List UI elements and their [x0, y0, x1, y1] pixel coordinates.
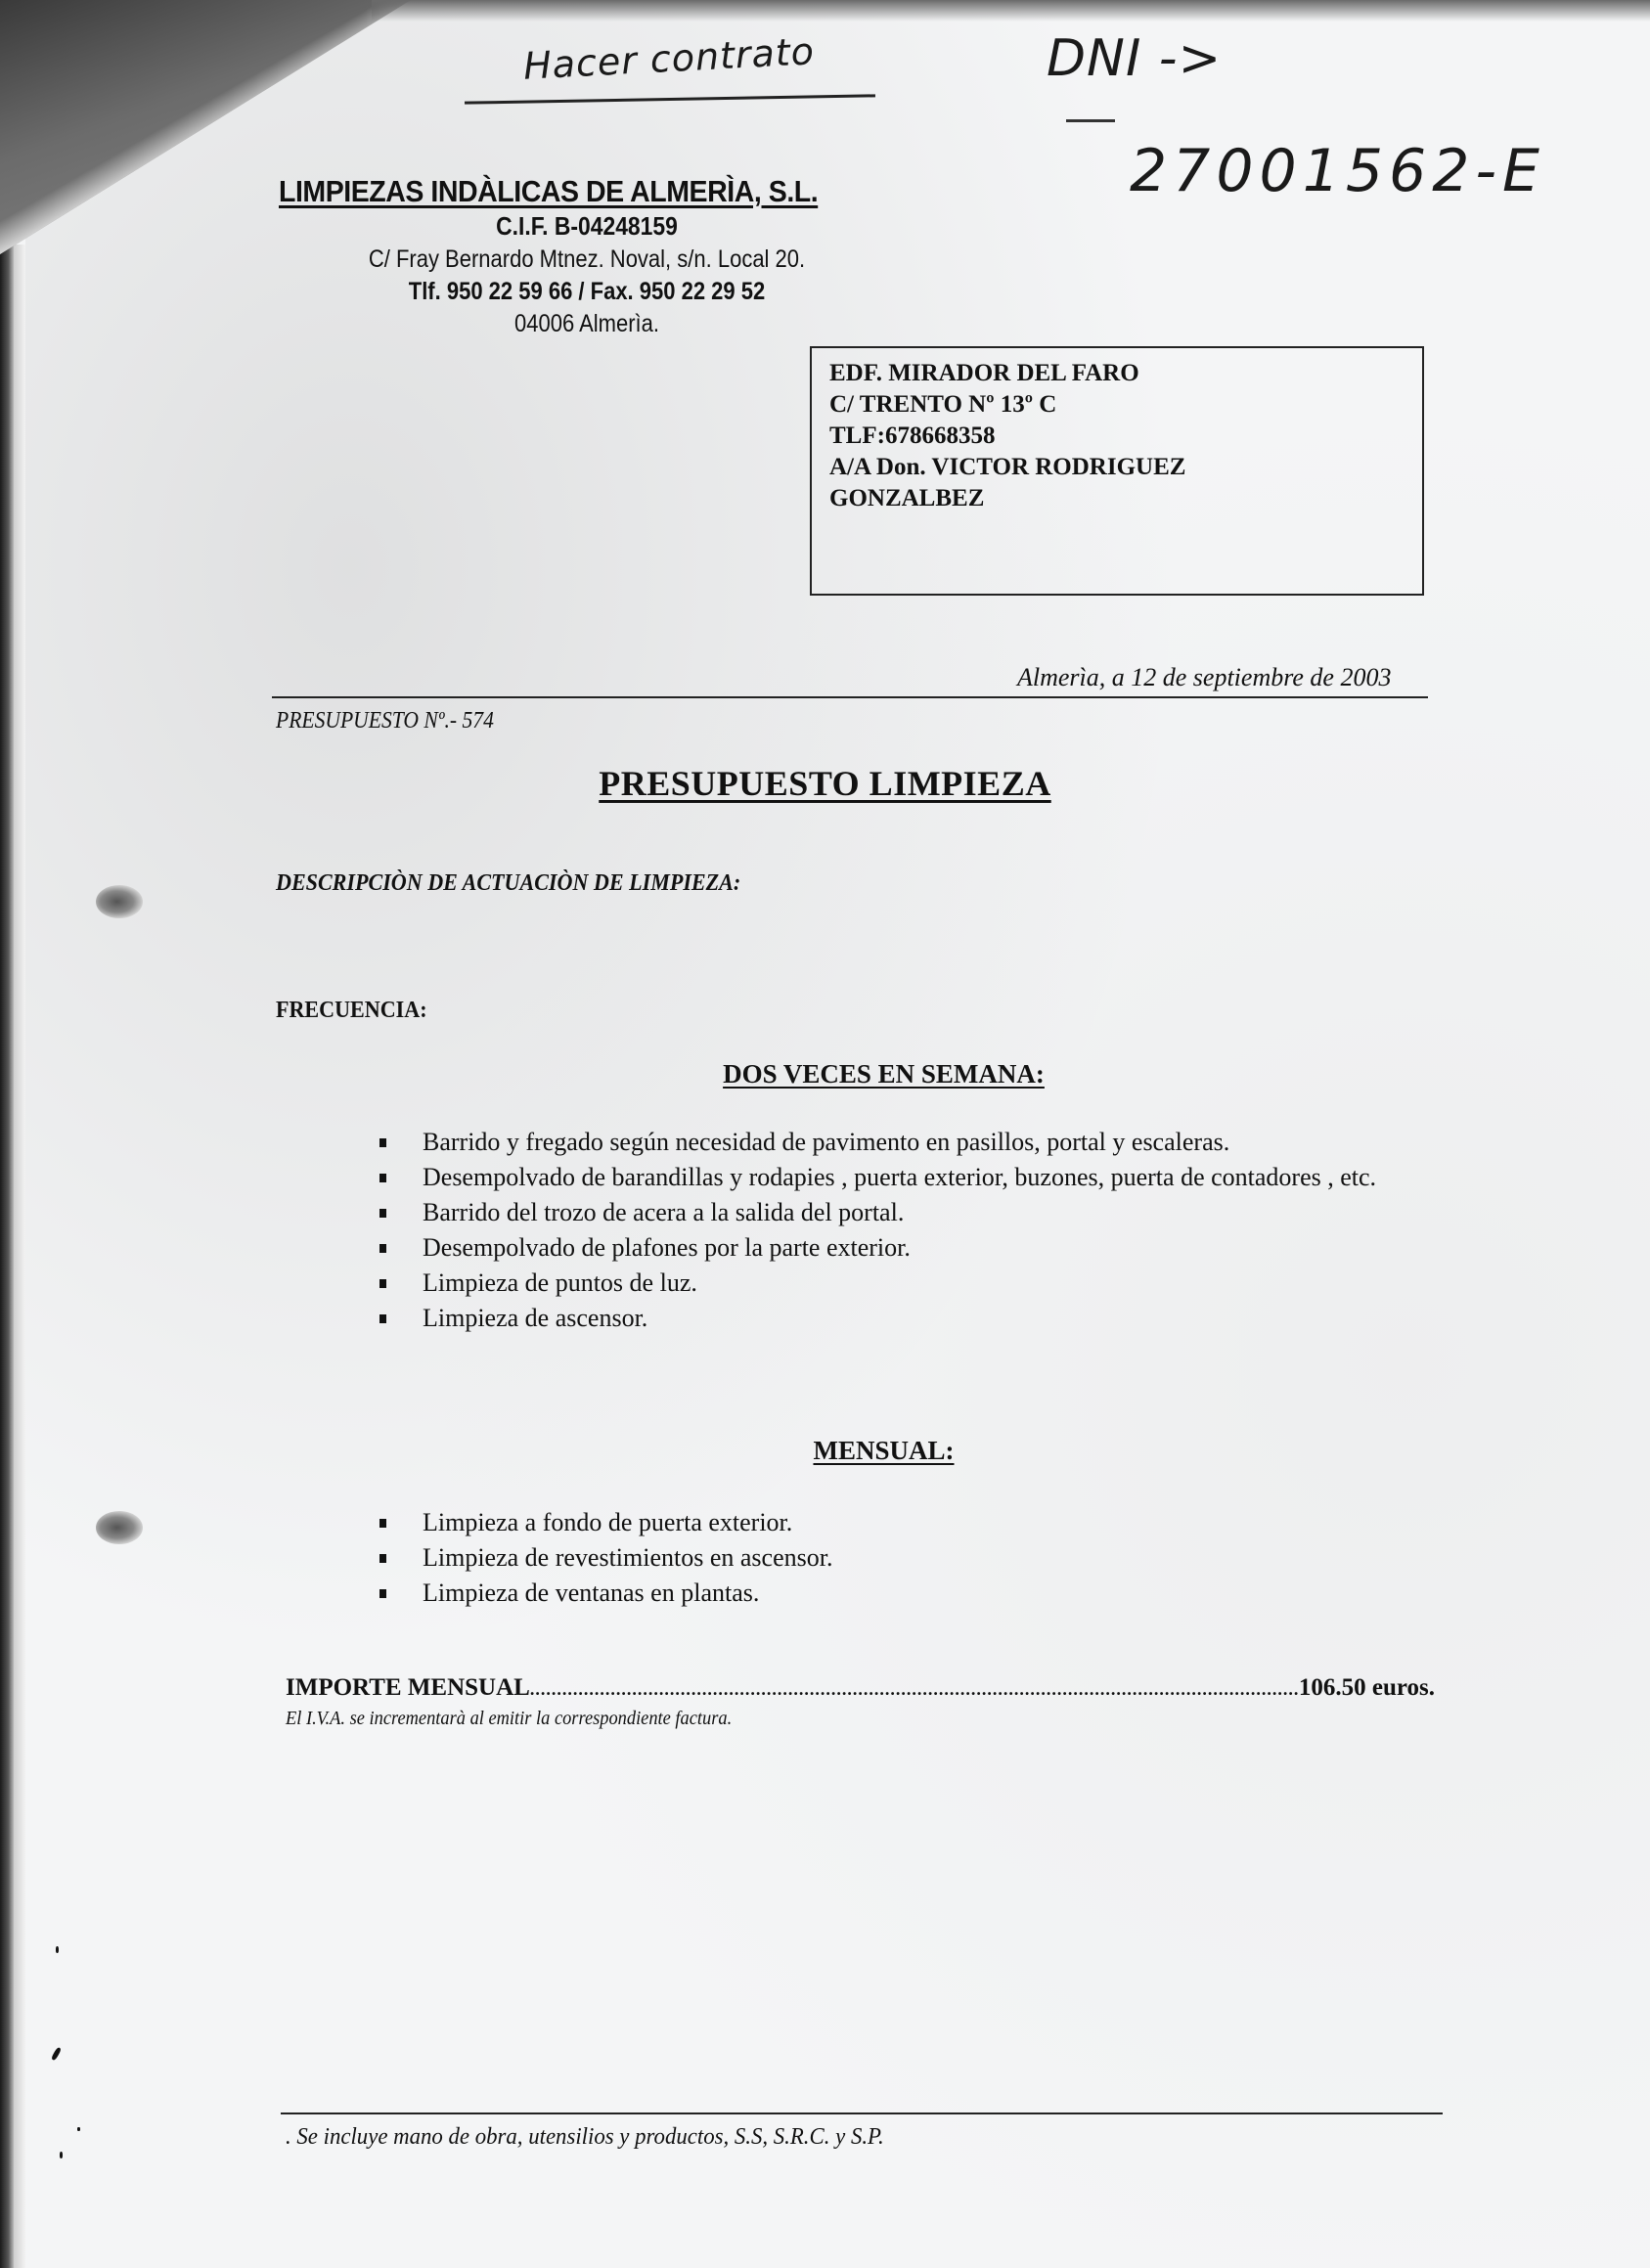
company-postal-city: 04006 Almerìa. — [316, 310, 858, 338]
recipient-line: GONZALBEZ — [829, 483, 1405, 514]
weekly-task-list: Barrido y fregado según necesidad de pav… — [374, 1125, 1430, 1336]
list-item: Limpieza a fondo de puerta exterior. — [374, 1505, 1352, 1540]
vat-note: El I.V.A. se incrementarà al emitir la c… — [286, 1708, 732, 1730]
recipient-line: A/A Don. VICTOR RODRIGUEZ — [829, 452, 1405, 483]
amount-leader-dots: ........................................… — [530, 1679, 1299, 1700]
frequency-heading: FRECUENCIA: — [276, 998, 427, 1024]
monthly-heading: MENSUAL: — [59, 1436, 1650, 1466]
recipient-line: EDF. MIRADOR DEL FARO — [829, 358, 1405, 389]
monthly-task-list: Limpieza a fondo de puerta exterior. Lim… — [374, 1505, 1352, 1611]
document-date: Almerìa, a 12 de septiembre de 2003 — [1017, 663, 1391, 692]
top-shadow — [372, 0, 1650, 22]
scan-speck — [60, 2152, 63, 2158]
document-title: PRESUPUESTO LIMPIEZA — [0, 763, 1650, 804]
weekly-heading-text: DOS VECES EN SEMANA: — [723, 1059, 1045, 1089]
punch-hole — [96, 1511, 143, 1544]
company-cif: C.I.F. B-04248159 — [316, 211, 858, 242]
recipient-line: TLF:678668358 — [829, 421, 1405, 452]
handwritten-dni-number: 27001562-E — [1130, 137, 1545, 205]
scan-speck — [77, 2127, 80, 2131]
amount-label: IMPORTE MENSUAL — [286, 1674, 530, 1702]
company-phone-fax: Tlf. 950 22 59 66 / Fax. 950 22 29 52 — [316, 278, 858, 306]
page-edge — [14, 245, 25, 2268]
list-item: Limpieza de puntos de luz. — [374, 1266, 1430, 1301]
list-item: Barrido del trozo de acera a la salida d… — [374, 1195, 1430, 1230]
list-item: Limpieza de revestimientos en ascensor. — [374, 1540, 1352, 1576]
scan-speck — [56, 1946, 59, 1953]
scanner-edge — [0, 0, 14, 2268]
handwritten-dni-label: DNI -> — [1047, 29, 1222, 88]
description-heading: DESCRIPCIÒN DE ACTUACIÒN DE LIMPIEZA: — [276, 870, 740, 897]
footer-divider — [281, 2112, 1443, 2114]
amount-value: 106.50 euros. — [1299, 1674, 1435, 1702]
company-address: C/ Fray Bernardo Mtnez. Noval, s/n. Loca… — [316, 245, 858, 274]
weekly-heading: DOS VECES EN SEMANA: — [59, 1059, 1650, 1090]
list-item: Desempolvado de barandillas y rodapies ,… — [374, 1160, 1430, 1195]
footer-note: . Se incluye mano de obra, utensilios y … — [286, 2124, 884, 2151]
recipient-address-box: EDF. MIRADOR DEL FARO C/ TRENTO Nº 13º C… — [810, 346, 1424, 596]
company-name: LIMPIEZAS INDÀLICAS DE ALMERÌA, S.L. — [279, 174, 846, 209]
monthly-heading-text: MENSUAL: — [813, 1436, 954, 1465]
monthly-amount-row: IMPORTE MENSUAL ........................… — [286, 1674, 1435, 1702]
handwritten-dni-underline — [1066, 119, 1115, 122]
list-item: Limpieza de ventanas en plantas. — [374, 1576, 1352, 1611]
document-title-text: PRESUPUESTO LIMPIEZA — [599, 764, 1050, 803]
punch-hole — [96, 885, 143, 918]
recipient-line: C/ TRENTO Nº 13º C — [829, 389, 1405, 421]
list-item: Limpieza de ascensor. — [374, 1301, 1430, 1336]
list-item: Desempolvado de plafones por la parte ex… — [374, 1230, 1430, 1266]
list-item: Barrido y fregado según necesidad de pav… — [374, 1125, 1430, 1160]
company-letterhead: LIMPIEZAS INDÀLICAS DE ALMERÌA, S.L. C.I… — [279, 174, 895, 338]
header-divider — [272, 696, 1428, 698]
budget-number: PRESUPUESTO Nº.- 574 — [276, 708, 494, 734]
